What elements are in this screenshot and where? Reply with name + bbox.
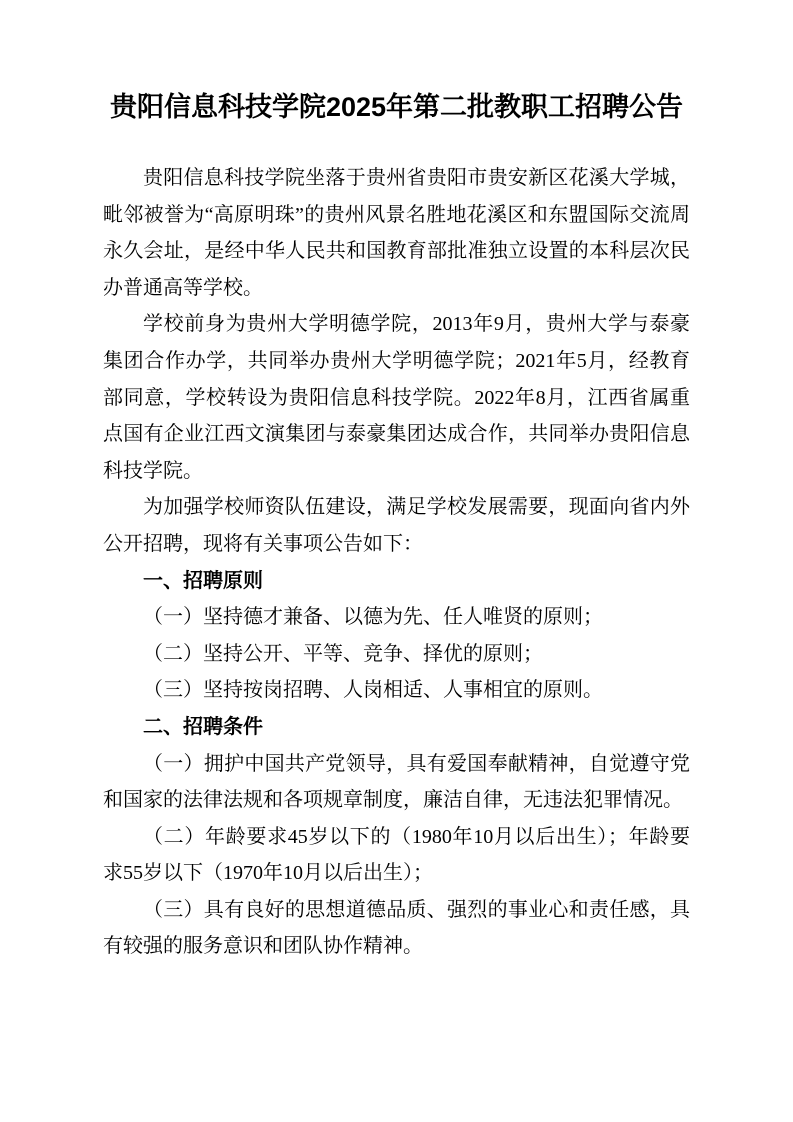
section-2-item-1: （一）拥护中国共产党领导，具有爱国奉献精神，自觉遵守党和国家的法律法规和各项规章… (103, 746, 690, 819)
intro-paragraph-1: 贵阳信息科技学院坐落于贵州省贵阳市贵安新区花溪大学城，毗邻被誉为“高原明珠”的贵… (103, 160, 690, 306)
document-page: 贵阳信息科技学院2025年第二批教职工招聘公告 贵阳信息科技学院坐落于贵州省贵阳… (0, 0, 793, 1122)
section-1-item-2: （二）坚持公开、平等、竞争、择优的原则； (103, 636, 690, 673)
section-2-heading: 二、招聘条件 (103, 709, 690, 746)
document-title: 贵阳信息科技学院2025年第二批教职工招聘公告 (103, 79, 690, 136)
intro-paragraph-3: 为加强学校师资队伍建设，满足学校发展需要，现面向省内外公开招聘，现将有关事项公告… (103, 489, 690, 562)
section-1-item-3: （三）坚持按岗招聘、人岗相适、人事相宜的原则。 (103, 672, 690, 709)
section-2-item-3: （三）具有良好的思想道德品质、强烈的事业心和责任感，具有较强的服务意识和团队协作… (103, 892, 690, 965)
document-content: 贵阳信息科技学院2025年第二批教职工招聘公告 贵阳信息科技学院坐落于贵州省贵阳… (0, 0, 793, 965)
section-recruitment-requirements: 二、招聘条件 （一）拥护中国共产党领导，具有爱国奉献精神，自觉遵守党和国家的法律… (103, 709, 690, 965)
section-1-item-1: （一）坚持德才兼备、以德为先、任人唯贤的原则； (103, 599, 690, 636)
section-2-item-2: （二）年龄要求45岁以下的（1980年10月以后出生）；年龄要求55岁以下（19… (103, 819, 690, 892)
intro-paragraph-2: 学校前身为贵州大学明德学院，2013年9月，贵州大学与泰豪集团合作办学，共同举办… (103, 306, 690, 489)
section-recruitment-principles: 一、招聘原则 （一）坚持德才兼备、以德为先、任人唯贤的原则； （二）坚持公开、平… (103, 563, 690, 709)
section-1-heading: 一、招聘原则 (103, 563, 690, 600)
